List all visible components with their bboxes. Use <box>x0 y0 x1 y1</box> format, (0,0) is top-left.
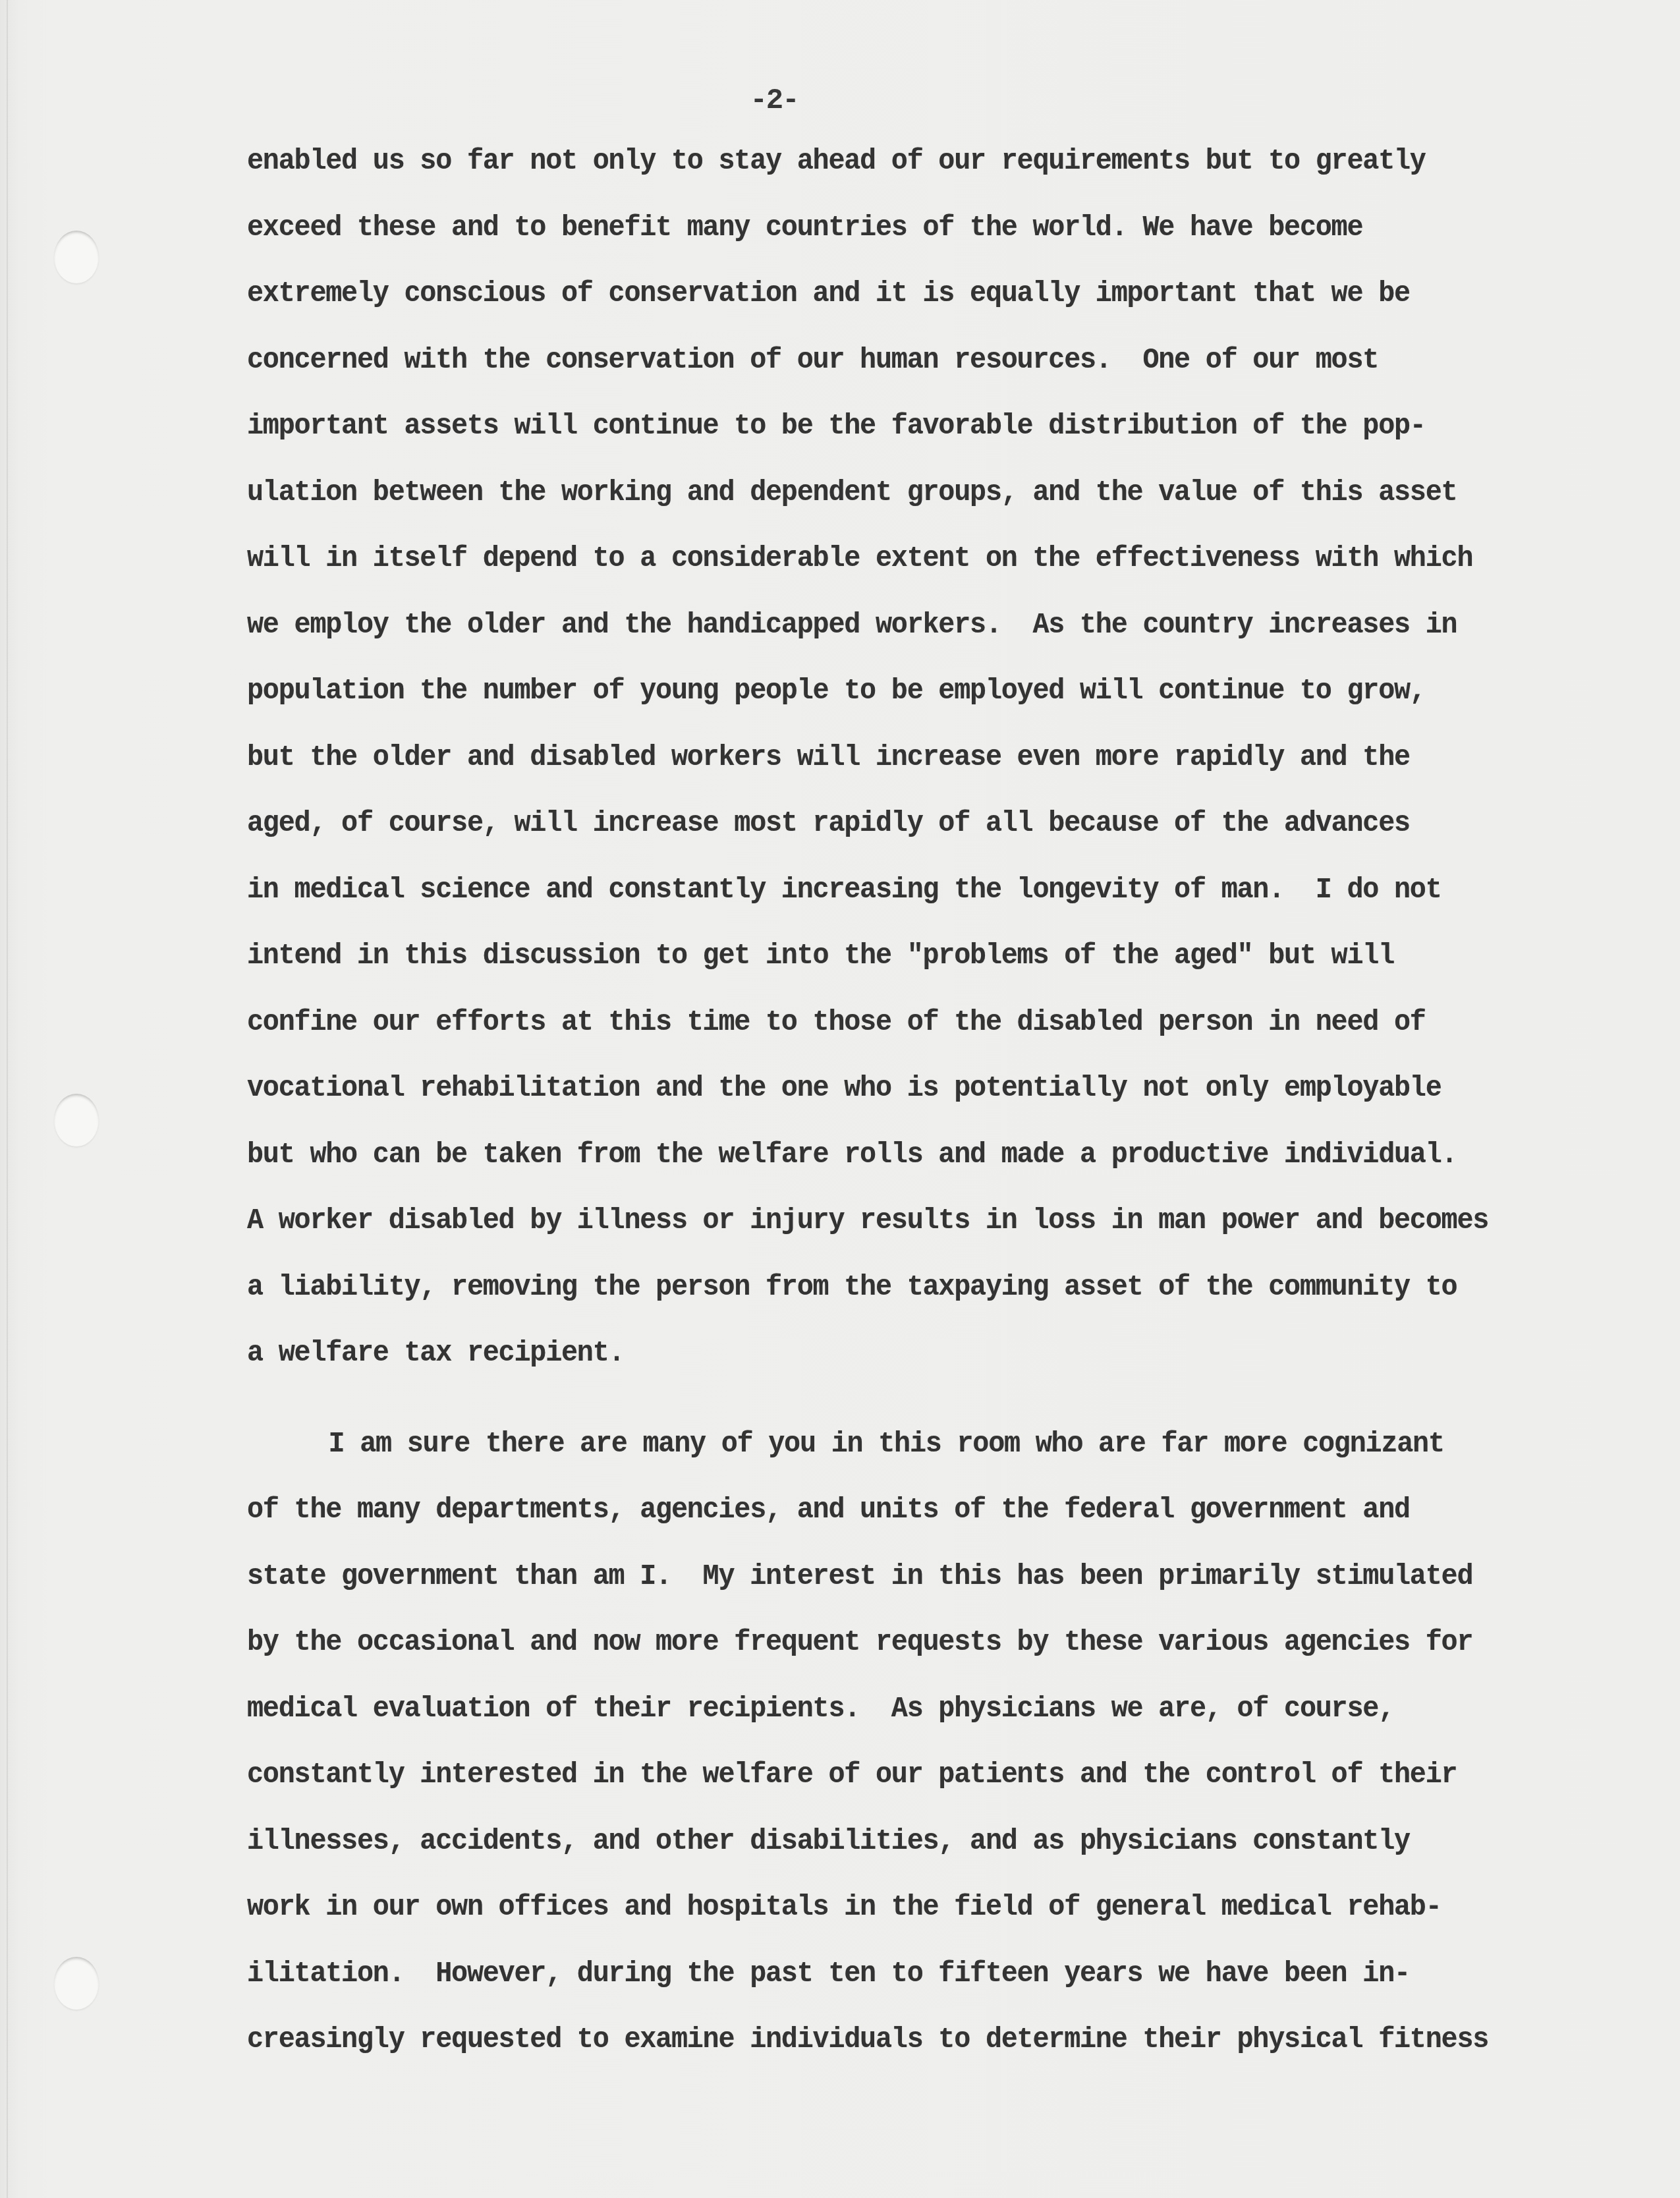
text-line: ulation between the working and dependen… <box>247 471 1499 538</box>
paragraph-spacer <box>247 1398 1565 1423</box>
text-line: enabled us so far not only to stay ahead… <box>247 140 1499 206</box>
punch-hole-icon <box>54 1094 99 1146</box>
text-line: exceed these and to benefit many countri… <box>247 206 1499 273</box>
text-line: in medical science and constantly increa… <box>247 868 1499 935</box>
text-line: vocational rehabilitation and the one wh… <box>247 1067 1499 1133</box>
text-line: medical evaluation of their recipients. … <box>247 1687 1499 1754</box>
text-line: population the number of young people to… <box>247 669 1499 736</box>
document-page: -2- enabled us so far not only to stay a… <box>0 0 1680 2198</box>
text-line: but the older and disabled workers will … <box>247 736 1499 803</box>
text-line: extremely conscious of conservation and … <box>247 272 1499 339</box>
text-line: state government than am I. My interest … <box>247 1555 1499 1621</box>
text-line: will in itself depend to a considerable … <box>247 537 1499 604</box>
text-line: a liability, removing the person from th… <box>247 1266 1499 1332</box>
text-line: work in our own offices and hospitals in… <box>247 1886 1499 1952</box>
text-line: of the many departments, agencies, and u… <box>247 1488 1499 1555</box>
text-line: concerned with the conservation of our h… <box>247 339 1499 405</box>
paragraph-1: enabled us so far not only to stay ahead… <box>247 140 1565 1398</box>
page-number: -2- <box>748 84 800 117</box>
text-line: A worker disabled by illness or injury r… <box>247 1199 1499 1266</box>
text-line: important assets will continue to be the… <box>247 405 1499 471</box>
text-line: we employ the older and the handicapped … <box>247 604 1499 670</box>
text-line: aged, of course, will increase most rapi… <box>247 802 1499 868</box>
text-line: ilitation. However, during the past ten … <box>247 1952 1499 2019</box>
text-line: illnesses, accidents, and other disabili… <box>247 1820 1499 1886</box>
text-line: I am sure there are many of you in this … <box>247 1423 1499 1489</box>
text-line: creasingly requested to examine individu… <box>247 2018 1499 2085</box>
punch-hole-icon <box>54 1957 99 2010</box>
body-text: enabled us so far not only to stay ahead… <box>247 140 1565 2085</box>
text-line: constantly interested in the welfare of … <box>247 1753 1499 1820</box>
text-line: a welfare tax recipient. <box>247 1332 1499 1398</box>
punch-hole-icon <box>54 231 99 283</box>
page-edge-shadow <box>7 0 8 2198</box>
text-line: by the occasional and now more frequent … <box>247 1621 1499 1687</box>
text-line: but who can be taken from the welfare ro… <box>247 1133 1499 1200</box>
text-line: confine our efforts at this time to thos… <box>247 1001 1499 1067</box>
text-line: intend in this discussion to get into th… <box>247 934 1499 1001</box>
paragraph-2: I am sure there are many of you in this … <box>247 1423 1565 2085</box>
